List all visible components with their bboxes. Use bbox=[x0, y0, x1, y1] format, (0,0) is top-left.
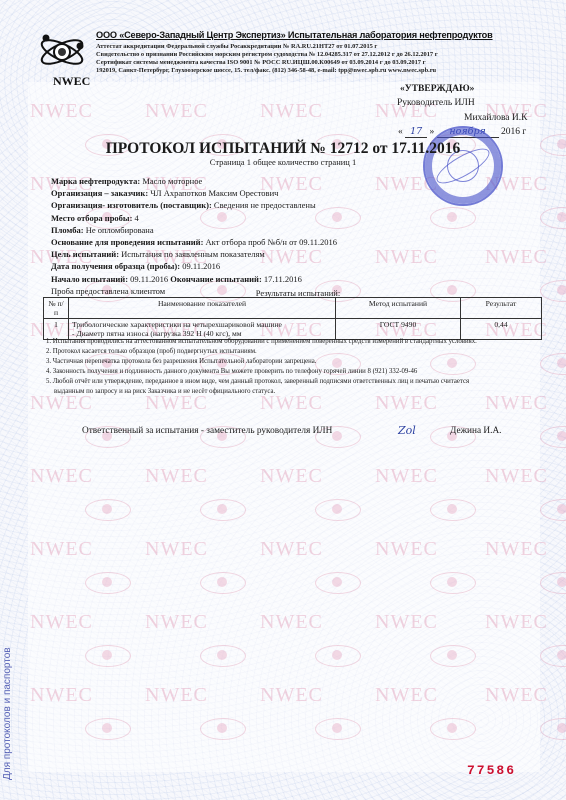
date-quote-close: » bbox=[430, 127, 435, 137]
approval-name: Михайлова И.К bbox=[464, 113, 527, 123]
col-indicator: Наименование показателей bbox=[69, 298, 336, 319]
approval-year: 2016 г bbox=[501, 127, 526, 137]
field-sample-date: Дата получения образца (пробы): 09.11.20… bbox=[51, 260, 337, 272]
responsible-person-label: Ответственный за испытания - заместитель… bbox=[82, 426, 332, 436]
note-item: 4. Законность получения и подлинность да… bbox=[46, 367, 546, 377]
iso-certificate-line: Сертификат системы менеджмента качества … bbox=[96, 59, 426, 66]
page-count: Страница 1 общее количество страниц 1 bbox=[0, 157, 566, 167]
responsible-person-name: Дежина И.А. bbox=[450, 426, 501, 436]
note-item: 2. Протокол касается только образцов (пр… bbox=[46, 347, 546, 357]
field-manufacturer: Организация- изготовитель (поставщик): С… bbox=[51, 199, 337, 211]
logo-text: NWEC bbox=[53, 74, 90, 89]
accreditation-line: Аттестат аккредитации Федеральной службы… bbox=[96, 43, 377, 50]
note-item: 1. Испытания проводились на аттестованно… bbox=[46, 337, 546, 347]
field-test-purpose: Цель испытаний: Испытания по заявленным … bbox=[51, 248, 337, 260]
approval-day: 17 bbox=[405, 126, 427, 138]
field-test-dates: Начало испытаний: 09.11.2016 Окончание и… bbox=[51, 273, 337, 285]
notes-list: 1. Испытания проводились на аттестованно… bbox=[46, 337, 546, 397]
field-product-brand: Марка нефтепродукта: Масло моторное bbox=[51, 175, 337, 187]
field-test-basis: Основание для проведения испытаний: Акт … bbox=[51, 236, 337, 248]
letterhead: NWEC ООО «Северо-Западный Центр Эксперти… bbox=[38, 30, 558, 80]
organization-name: ООО «Северо-Западный Центр Экспертиз» Ис… bbox=[96, 30, 493, 40]
col-number: № п/п bbox=[44, 298, 69, 319]
indicator-line-1: Трибологические характеристики на четыре… bbox=[72, 320, 332, 329]
address-contacts-line: 192019, Санкт-Петербург, Глухоозерское ш… bbox=[96, 67, 436, 74]
document-title: ПРОТОКОЛ ИСПЫТАНИЙ № 12712 от 17.11.2016 bbox=[0, 140, 566, 158]
note-item: 5. Любой отчёт или утверждение, переданн… bbox=[46, 377, 546, 387]
register-certificate-line: Свидетельство о признании Российским мор… bbox=[96, 51, 438, 58]
field-customer: Организация – заказчик: ЧЛ Ахрапотков Ма… bbox=[51, 187, 337, 199]
results-table: № п/п Наименование показателей Метод исп… bbox=[43, 297, 542, 340]
col-method: Метод испытаний bbox=[336, 298, 461, 319]
responsible-signature: Zol bbox=[398, 424, 416, 437]
approval-position: Руководитель ИЛН bbox=[397, 98, 475, 108]
date-quote-open: « bbox=[398, 127, 403, 137]
field-sampling-place: Место отбора пробы: 4 bbox=[51, 212, 337, 224]
approval-heading: «УТВЕРЖДАЮ» bbox=[400, 84, 474, 94]
serial-number: 77586 bbox=[467, 763, 516, 778]
note-item: выданным по запросу и на риск Заказчика … bbox=[46, 387, 546, 397]
col-result: Результат bbox=[461, 298, 542, 319]
table-header-row: № п/п Наименование показателей Метод исп… bbox=[44, 298, 542, 319]
note-item: 3. Частичная перепечатка протокола без р… bbox=[46, 357, 546, 367]
paper-side-caption: Для протоколов и паспортов bbox=[2, 647, 13, 780]
field-seal: Пломба: Не опломбирована bbox=[51, 224, 337, 236]
protocol-fields: Марка нефтепродукта: Масло моторное Орга… bbox=[51, 175, 337, 297]
